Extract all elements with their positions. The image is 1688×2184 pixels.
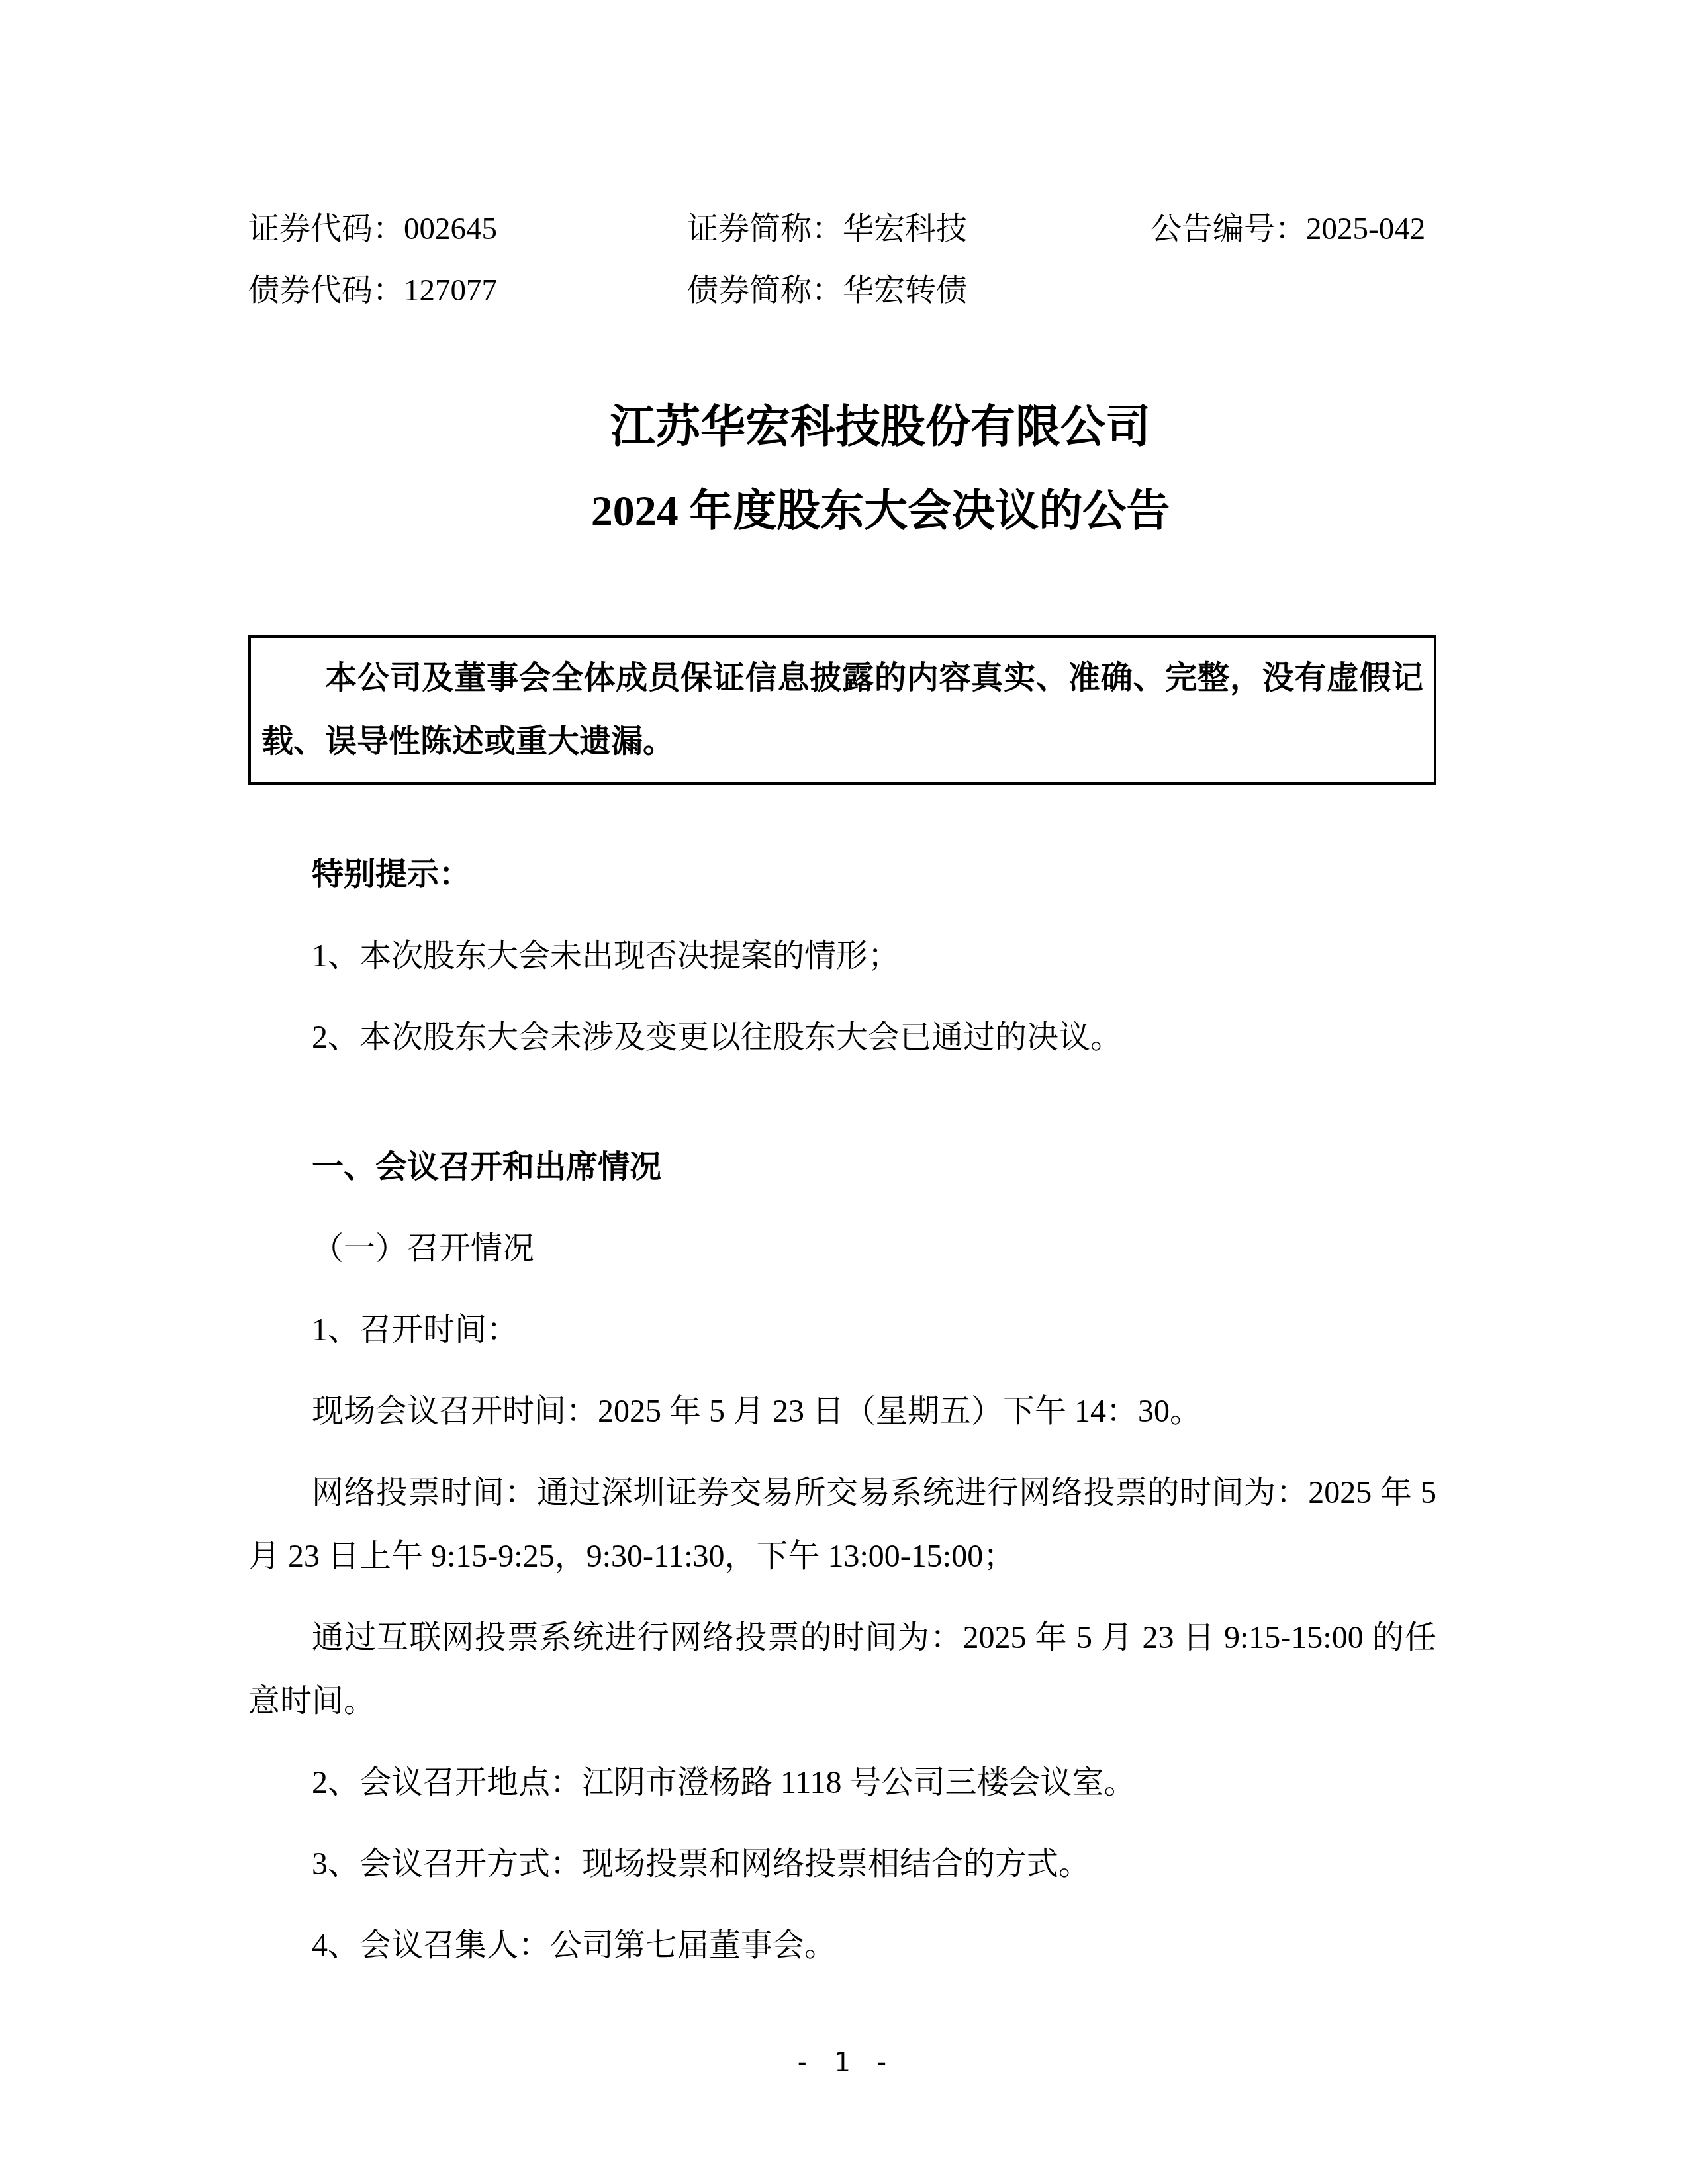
special-notice-heading: 特别提示：	[248, 843, 1436, 907]
document-content: 证券代码：002645 证券简称：华宏科技 公告编号：2025-042 债券代码…	[0, 0, 1688, 1978]
announcement-title: 2024 年度股东大会决议的公告	[248, 481, 1436, 542]
paragraph-meeting-convener: 4、会议召集人：公司第七届董事会。	[248, 1914, 1436, 1978]
paragraph-online-voting-time: 网络投票时间：通过深圳证券交易所交易系统进行网络投票的时间为：2025 年 5 …	[248, 1461, 1436, 1588]
paragraph-meeting-location: 2、会议召开地点：江阴市澄杨路 1118 号公司三楼会议室。	[248, 1751, 1436, 1815]
securities-header: 证券代码：002645 证券简称：华宏科技 公告编号：2025-042 债券代码…	[248, 199, 1436, 322]
bond-short-name: 债券简称：华宏转债	[687, 260, 1150, 322]
disclosure-notice-text: 本公司及董事会全体成员保证信息披露的内容真实、准确、完整，没有虚假记载、误导性陈…	[261, 647, 1423, 774]
securities-header-row-1: 证券代码：002645 证券简称：华宏科技 公告编号：2025-042	[248, 199, 1436, 260]
company-name-title: 江苏华宏科技股份有限公司	[248, 396, 1436, 459]
stock-short-name: 证券简称：华宏科技	[687, 199, 1150, 260]
page-number: - 1 -	[0, 2048, 1688, 2078]
section-1-heading: 一、会议召开和出席情况	[248, 1136, 1436, 1199]
paragraph-meeting-method: 3、会议召开方式：现场投票和网络投票相结合的方式。	[248, 1833, 1436, 1896]
special-notice-item-2: 2、本次股东大会未涉及变更以往股东大会已通过的决议。	[248, 1006, 1436, 1069]
bond-code: 债券代码：127077	[248, 260, 687, 322]
document-page: 证券代码：002645 证券简称：华宏科技 公告编号：2025-042 债券代码…	[0, 0, 1688, 2184]
header-empty-cell	[1150, 260, 1436, 322]
securities-header-row-2: 债券代码：127077 债券简称：华宏转债	[248, 260, 1436, 322]
subsection-1-heading: （一）召开情况	[248, 1217, 1436, 1281]
special-notice-item-1: 1、本次股东大会未出现否决提案的情形；	[248, 925, 1436, 988]
disclosure-notice-box: 本公司及董事会全体成员保证信息披露的内容真实、准确、完整，没有虚假记载、误导性陈…	[248, 635, 1436, 785]
paragraph-internet-voting-time: 通过互联网投票系统进行网络投票的时间为：2025 年 5 月 23 日 9:15…	[248, 1606, 1436, 1733]
stock-code: 证券代码：002645	[248, 199, 687, 260]
paragraph-onsite-meeting-time: 现场会议召开时间：2025 年 5 月 23 日（星期五）下午 14：30。	[248, 1380, 1436, 1443]
paragraph-meeting-time-label: 1、召开时间：	[248, 1298, 1436, 1362]
announcement-number: 公告编号：2025-042	[1150, 199, 1436, 260]
